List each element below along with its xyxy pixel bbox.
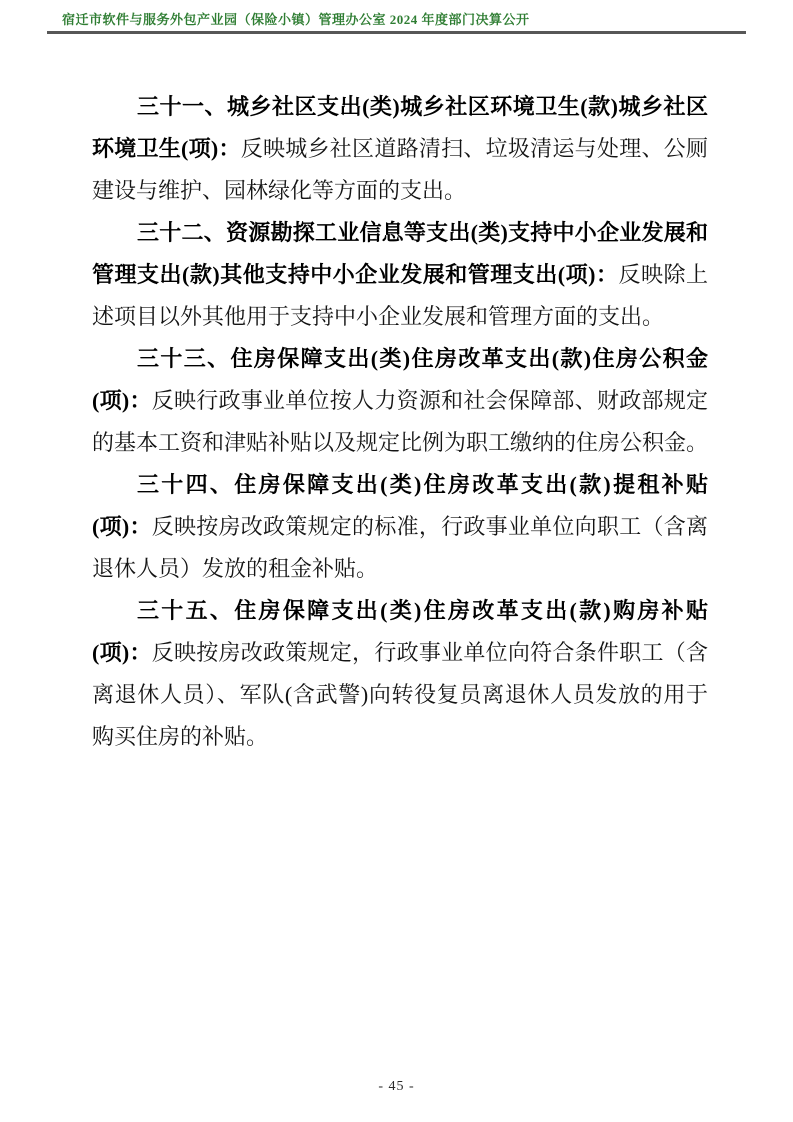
page-number: - 45 - [0, 1078, 793, 1096]
paragraph-31: 三十一、城乡社区支出(类)城乡社区环境卫生(款)城乡社区环境卫生(项)：反映城乡… [92, 86, 708, 212]
paragraph-35-text: 反映按房改政策规定，行政事业单位向符合条件职工（含离退休人员）、军队(含武警)向… [92, 640, 708, 749]
paragraph-32: 三十二、资源勘探工业信息等支出(类)支持中小企业发展和管理支出(款)其他支持中小… [92, 212, 708, 338]
paragraph-34-text: 反映按房改政策规定的标准，行政事业单位向职工（含离退休人员）发放的租金补贴。 [92, 514, 708, 581]
paragraph-33: 三十三、住房保障支出(类)住房改革支出(款)住房公积金(项)：反映行政事业单位按… [92, 338, 708, 464]
page-header: 宿迁市软件与服务外包产业园（保险小镇）管理办公室 2024 年度部门决算公开 [47, 0, 746, 34]
paragraph-33-text: 反映行政事业单位按人力资源和社会保障部、财政部规定的基本工资和津贴补贴以及规定比… [92, 388, 708, 455]
paragraph-34: 三十四、住房保障支出(类)住房改革支出(款)提租补贴(项)：反映按房改政策规定的… [92, 464, 708, 590]
document-title: 宿迁市软件与服务外包产业园（保险小镇）管理办公室 2024 年度部门决算公开 [62, 12, 746, 28]
document-page: 宿迁市软件与服务外包产业园（保险小镇）管理办公室 2024 年度部门决算公开 三… [0, 0, 793, 1122]
paragraph-32-lead: 三十二、资源勘探工业信息等支出(类)支持中小企业发展和管理支出(款)其他支持中小… [92, 220, 708, 287]
paragraph-35: 三十五、住房保障支出(类)住房改革支出(款)购房补贴(项)：反映按房改政策规定，… [92, 590, 708, 758]
document-body: 三十一、城乡社区支出(类)城乡社区环境卫生(款)城乡社区环境卫生(项)：反映城乡… [92, 86, 708, 758]
